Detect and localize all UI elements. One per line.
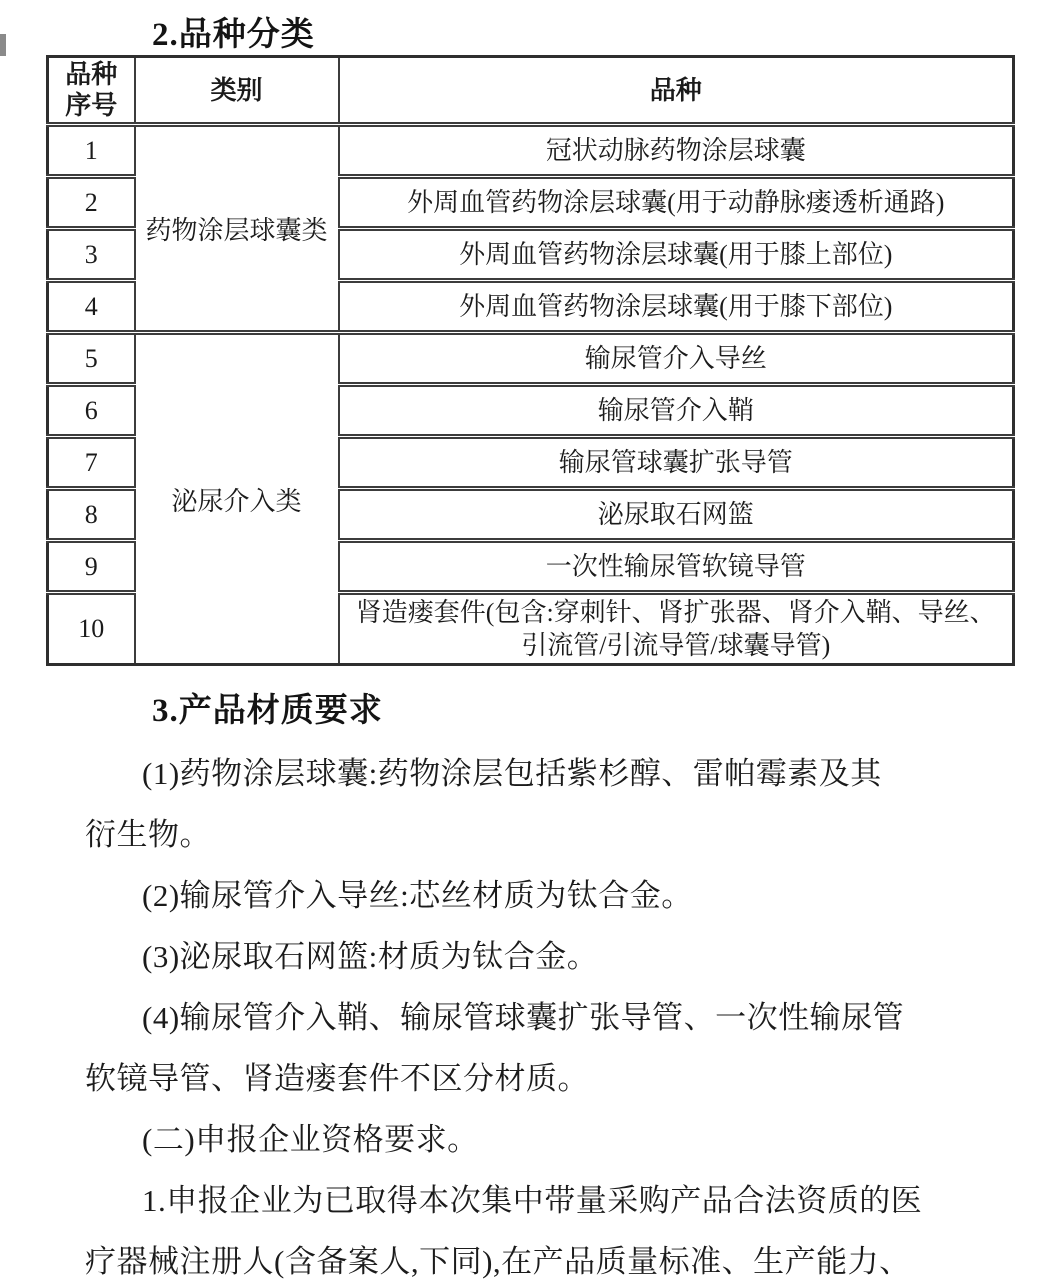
product-cell: 输尿管球囊扩张导管 [339, 437, 1014, 489]
row-number: 4 [48, 281, 135, 333]
row-number: 6 [48, 385, 135, 437]
product-cell: 外周血管药物涂层球囊(用于动静脉瘘透析通路) [339, 177, 1014, 229]
material-line-2: 衍生物。 [85, 804, 1020, 865]
category-cell-drug-coated-balloon: 药物涂层球囊类 [135, 125, 339, 333]
section-heading-material-requirements: 3.产品材质要求 [152, 684, 383, 731]
product-cell: 冠状动脉药物涂层球囊 [339, 125, 1014, 177]
row-number: 3 [48, 229, 135, 281]
row-number: 7 [48, 437, 135, 489]
section-heading-classification: 2.品种分类 [152, 8, 315, 55]
scan-artifact-mark [0, 34, 6, 56]
row-number: 8 [48, 489, 135, 541]
product-cell: 一次性输尿管软镜导管 [339, 541, 1014, 593]
product-cell: 泌尿取石网篮 [339, 489, 1014, 541]
product-cell: 外周血管药物涂层球囊(用于膝上部位) [339, 229, 1014, 281]
table-header-row: 品种序号 类别 品种 [48, 57, 1014, 125]
product-cell: 肾造瘘套件(包含:穿刺针、肾扩张器、肾介入鞘、导丝、引流管/引流导管/球囊导管) [339, 593, 1014, 665]
product-cell: 输尿管介入鞘 [339, 385, 1014, 437]
material-line-4: (3)泌尿取石网篮:材质为钛合金。 [85, 926, 1020, 987]
row-number: 10 [48, 593, 135, 665]
enterprise-subsection-heading: (二)申报企业资格要求。 [85, 1109, 1020, 1170]
column-header-category: 类别 [135, 57, 339, 125]
material-line-1: (1)药物涂层球囊:药物涂层包括紫杉醇、雷帕霉素及其 [85, 743, 1020, 804]
product-cell: 输尿管介入导丝 [339, 333, 1014, 385]
material-line-6: 软镜导管、肾造瘘套件不区分材质。 [85, 1048, 1020, 1109]
column-header-variety: 品种 [339, 57, 1014, 125]
table-row: 1 药物涂层球囊类 冠状动脉药物涂层球囊 [48, 125, 1014, 177]
material-line-5: (4)输尿管介入鞘、输尿管球囊扩张导管、一次性输尿管 [85, 987, 1020, 1048]
material-line-3: (2)输尿管介入导丝:芯丝材质为钛合金。 [85, 865, 1020, 926]
enterprise-line-2: 疗器械注册人(含备案人,下同),在产品质量标准、生产能力、 [85, 1231, 1020, 1288]
row-number: 1 [48, 125, 135, 177]
body-text-block: (1)药物涂层球囊:药物涂层包括紫杉醇、雷帕霉素及其 衍生物。 (2)输尿管介入… [85, 743, 1020, 1288]
row-number: 2 [48, 177, 135, 229]
row-number: 9 [48, 541, 135, 593]
category-cell-urology-intervention: 泌尿介入类 [135, 333, 339, 665]
enterprise-line-1: 1.申报企业为已取得本次集中带量采购产品合法资质的医 [85, 1170, 1020, 1231]
column-header-variety-number: 品种序号 [48, 57, 135, 125]
product-cell: 外周血管药物涂层球囊(用于膝下部位) [339, 281, 1014, 333]
column-header-variety-number-label: 品种序号 [60, 59, 122, 121]
document-page: 2.品种分类 品种序号 类别 品种 1 药物涂层球囊类 冠状动脉药物涂层球囊 2… [0, 0, 1046, 1288]
table-row: 5 泌尿介入类 输尿管介入导丝 [48, 333, 1014, 385]
variety-classification-table: 品种序号 类别 品种 1 药物涂层球囊类 冠状动脉药物涂层球囊 2 外周血管药物… [46, 55, 1015, 666]
row-number: 5 [48, 333, 135, 385]
